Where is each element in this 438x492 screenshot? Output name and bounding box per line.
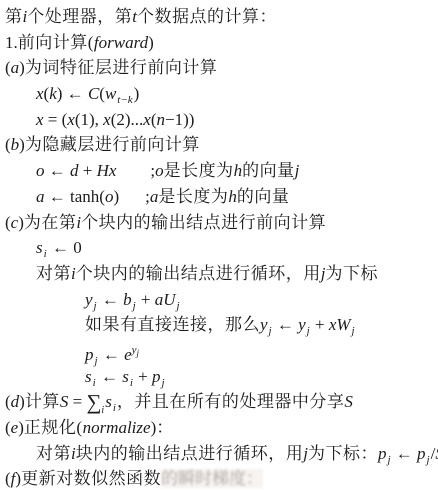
text-segment: y: [260, 315, 268, 334]
text-segment: 正规化(: [24, 418, 83, 437]
text-segment: s: [105, 392, 112, 411]
algo-line-11: 对第i个块内的输出结点进行循环，用j为下标: [5, 261, 438, 287]
algo-line-16: (d)计算S = ∑isi，并且在所有的处理器中分享S: [5, 389, 438, 415]
text-segment: ← 0: [48, 238, 82, 257]
text-segment: ←: [392, 444, 418, 463]
text-segment: 前向计算(: [18, 33, 94, 52]
text-segment: ←: [99, 345, 125, 364]
text-segment: 个块内的输出结点进行循环，用: [76, 264, 321, 283]
text-segment: h: [228, 187, 237, 206]
text-segment: ): [148, 33, 154, 52]
text-segment: ): [134, 84, 140, 103]
text-segment: a: [36, 187, 45, 206]
text-segment: w: [105, 84, 116, 103]
text-segment: (1),: [75, 110, 103, 129]
text-segment: 个处理器，第: [27, 7, 132, 26]
text-segment: j: [94, 300, 97, 312]
algo-line-14: pj ← eyj: [5, 338, 438, 364]
text-segment: d: [11, 392, 20, 411]
text-segment: 个块内的输出结点进行前向计算: [81, 213, 326, 232]
text-segment: j: [295, 161, 300, 180]
text-segment: forward: [94, 33, 148, 52]
text-segment: d: [70, 161, 79, 180]
text-segment: = (: [44, 110, 68, 129]
text-segment: p: [152, 367, 161, 386]
text-segment: +: [79, 161, 97, 180]
algo-line-1: 第i个处理器，第t个数据点的计算：: [5, 4, 438, 30]
text-segment: j: [352, 325, 355, 337]
text-segment: ，并且在所有的处理器中分享: [117, 392, 345, 411]
text-segment: ): [113, 187, 119, 206]
text-segment: s: [36, 238, 43, 257]
text-segment: 为词特征层进行前向计算: [25, 58, 218, 77]
text-segment: j: [307, 325, 310, 337]
text-segment: x: [36, 110, 44, 129]
text-segment: b: [123, 290, 132, 309]
text-segment: i: [113, 402, 116, 414]
text-segment: x: [67, 110, 75, 129]
text-segment: −1)): [165, 110, 194, 129]
text-segment: normalize: [83, 418, 151, 437]
text-segment: 是长度为: [164, 161, 234, 180]
text-segment: ←: [273, 315, 299, 334]
text-segment: p: [378, 444, 387, 463]
text-segment: S: [344, 392, 353, 411]
text-segment: +: [137, 290, 155, 309]
text-segment: +: [311, 315, 329, 334]
text-segment: i: [93, 377, 96, 389]
text-segment: a: [11, 58, 20, 77]
text-segment: +: [134, 367, 152, 386]
text-segment: x: [36, 84, 44, 103]
text-segment: 块内的输出结点进行循环，用: [76, 444, 304, 463]
text-segment: p: [417, 444, 426, 463]
text-segment: Hx: [97, 161, 117, 180]
text-segment: 第: [5, 7, 23, 26]
text-segment: 为隐藏层进行前向计算: [25, 135, 200, 154]
algo-line-7: o ← d + Hx;o是长度为h的向量j: [5, 158, 438, 184]
text-segment: s: [122, 367, 129, 386]
text-segment: j: [387, 454, 390, 466]
text-segment: (2)...: [111, 110, 144, 129]
text-segment: o: [155, 161, 164, 180]
algorithm-lines: 第i个处理器，第t个数据点的计算：1.前向计算(forward)(a)为词特征层…: [5, 4, 438, 492]
algo-line-19: (f)更新对数似然函数的瞬时梯度：: [5, 466, 438, 492]
text-segment: e: [124, 345, 132, 364]
text-segment: o: [36, 161, 45, 180]
text-segment: k: [49, 84, 57, 103]
text-segment: i: [130, 377, 133, 389]
text-segment: =: [68, 392, 86, 411]
document-page: 第i个处理器，第t个数据点的计算：1.前向计算(forward)(a)为词特征层…: [0, 0, 438, 492]
text-segment: j: [137, 348, 140, 358]
text-segment: y: [85, 290, 93, 309]
text-segment: 为下标: [325, 264, 378, 283]
text-segment: 计算: [25, 392, 60, 411]
text-segment: 的向量: [237, 187, 290, 206]
text-segment: )：: [151, 418, 174, 437]
text-segment: h: [234, 161, 243, 180]
text-segment: 为在第: [24, 213, 77, 232]
text-segment: j: [427, 454, 430, 466]
text-segment: y: [298, 315, 306, 334]
text-segment: 是长度为: [158, 187, 228, 206]
text-segment: ←: [98, 290, 124, 309]
text-segment: p: [85, 345, 94, 364]
text-segment: x: [143, 110, 151, 129]
text-segment: 对第: [36, 264, 71, 283]
text-segment: n: [157, 110, 166, 129]
algo-line-6: (b)为隐藏层进行前向计算: [5, 132, 438, 158]
text-segment: s: [85, 367, 92, 386]
text-segment: t−k: [117, 94, 132, 106]
text-segment: x: [103, 110, 111, 129]
algo-line-10: si ← 0: [5, 235, 438, 261]
text-segment: i: [44, 248, 47, 260]
text-segment: xW: [329, 315, 351, 334]
algo-line-13: 如果有直接连接，那么yj ← yj + xWj: [5, 312, 438, 338]
text-segment: 的向量: [242, 161, 295, 180]
text-segment: ← tanh(: [45, 187, 105, 206]
text-segment: j: [269, 325, 272, 337]
text-segment: 1.: [5, 33, 18, 52]
algo-line-4: x(k) ← C(wt−k): [5, 81, 438, 107]
algo-line-17: (e)正规化(normalize)：: [5, 415, 438, 441]
text-segment: C: [88, 84, 99, 103]
text-segment: aU: [155, 290, 176, 309]
text-segment: ←: [45, 161, 71, 180]
text-segment: 个数据点的计算：: [137, 7, 277, 26]
algo-line-2: 1.前向计算(forward): [5, 30, 438, 56]
text-segment: 对第: [36, 444, 71, 463]
text-segment: 为下标：: [308, 444, 378, 463]
text-segment: 如果有直接连接，那么: [85, 315, 260, 334]
algo-line-5: x = (x(1), x(2)...x(n−1)): [5, 107, 438, 133]
algo-line-9: (c)为在第i个块内的输出结点进行前向计算: [5, 210, 438, 236]
algo-line-15: si ← si + pj: [5, 364, 438, 390]
text-segment: 更新对数似然函数: [21, 469, 161, 488]
algo-line-12: yj ← bj + aUj: [5, 287, 438, 313]
text-segment: j: [133, 300, 136, 312]
text-segment: j: [161, 377, 164, 389]
algo-line-3: (a)为词特征层进行前向计算: [5, 55, 438, 81]
text-segment: ←: [97, 367, 123, 386]
faded-text-segment: 的瞬时梯度：: [161, 469, 263, 488]
algo-line-8: a ← tanh(o);a是长度为h的向量: [5, 184, 438, 210]
text-segment: j: [177, 300, 180, 312]
text-segment: ∑: [86, 390, 101, 414]
text-segment: ) ←: [57, 84, 88, 103]
text-segment: b: [11, 135, 20, 154]
algo-line-18: 对第i块内的输出结点进行循环，用j为下标：pj ← pj/S: [5, 441, 438, 467]
